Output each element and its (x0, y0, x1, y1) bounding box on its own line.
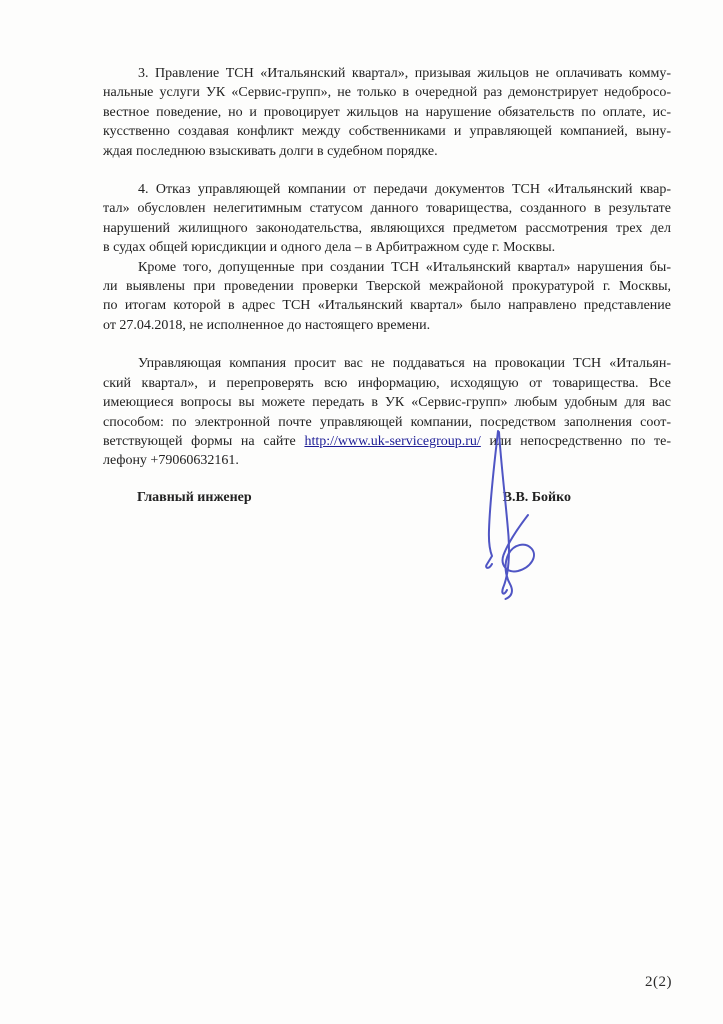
page-number: 2(2) (645, 974, 672, 991)
letter-content: 3. Правление ТСН «Итальянский квартал», … (103, 64, 671, 507)
text-line: нарушений жилищного законодательства, яв… (103, 219, 671, 238)
letter-body: 3. Правление ТСН «Итальянский квартал», … (103, 64, 671, 471)
text-line: тал» обусловлен нелегитимным статусом да… (103, 199, 671, 218)
text-line: от 27.04.2018, не исполненное до настоящ… (103, 316, 671, 335)
text-line: по итогам которой в адрес ТСН «Итальянск… (103, 296, 671, 315)
text-line: кусственно создавая конфликт между собст… (103, 122, 671, 141)
text-line: имеющиеся вопросы вы можете передать в У… (103, 393, 671, 412)
paragraph: 4. Отказ управляющей компании от передач… (103, 180, 671, 258)
text-segment: ветствующей формы на сайте (103, 434, 304, 449)
website-link[interactable]: http://www.uk-servicegroup.ru/ (304, 434, 480, 449)
paragraph: 3. Правление ТСН «Итальянский квартал», … (103, 64, 671, 161)
paragraph: Управляющая компания просит вас не подда… (103, 354, 671, 470)
text-line: нальные услуги УК «Сервис-групп», не тол… (103, 83, 671, 102)
signer-role: Главный инженер (137, 488, 252, 507)
text-line: ский квартал», и перепроверять всю инфор… (103, 374, 671, 393)
document-page: 3. Правление ТСН «Итальянский квартал», … (0, 0, 723, 1024)
text-line: в судах общей юрисдикции и одного дела –… (103, 238, 671, 257)
text-line: ли выявлены при проведении проверки Твер… (103, 277, 671, 296)
text-line: лефону +79060632161. (103, 451, 671, 470)
signer-name: В.В. Бойко (503, 488, 571, 507)
text-line: Кроме того, допущенные при создании ТСН … (103, 258, 671, 277)
paragraph: Кроме того, допущенные при создании ТСН … (103, 258, 671, 336)
signature-block: Главный инженер В.В. Бойко (103, 488, 671, 507)
text-line: Управляющая компания просит вас не подда… (103, 354, 671, 373)
text-line: 3. Правление ТСН «Итальянский квартал», … (103, 64, 671, 83)
text-line: вестное поведение, но и провоцирует жиль… (103, 103, 671, 122)
text-line: 4. Отказ управляющей компании от передач… (103, 180, 671, 199)
text-line: способом: по электронной почте управляющ… (103, 413, 671, 432)
text-line: ждая последнюю взыскивать долги в судебн… (103, 142, 671, 161)
text-segment: или непосредственно по те- (481, 434, 671, 449)
text-line: ветствующей формы на сайте http://www.uk… (103, 432, 671, 451)
